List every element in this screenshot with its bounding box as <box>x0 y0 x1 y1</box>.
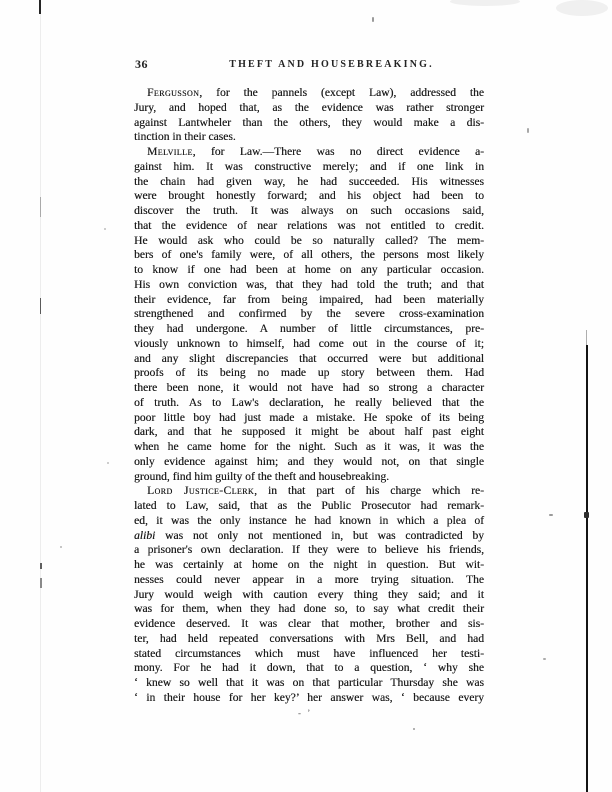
text-line: ground, find him guilty of the theft and… <box>134 470 484 485</box>
scan-speck <box>549 514 553 516</box>
text-line: to know if one had been at home on any p… <box>134 263 484 278</box>
text-line: evidence deserved. It was clear that mot… <box>134 617 484 632</box>
text-line: proofs of its being no made up story bet… <box>134 366 484 381</box>
text-line: dark, and that he supposed it might be a… <box>134 425 484 440</box>
text-line: nesses could never appear in a more tryi… <box>134 573 484 588</box>
text-line: lated to Law, said, that as the Public P… <box>134 499 484 514</box>
text-line: poor little boy had just made a mistake.… <box>134 411 484 426</box>
text-line: only evidence against him; and they woul… <box>134 455 484 470</box>
page-header: 36 THEFT AND HOUSEBREAKING. <box>134 0 484 20</box>
text-line: they had undergone. A number of little c… <box>134 322 484 337</box>
text-line: Lord Justice-Clerk, in that part of his … <box>134 484 484 499</box>
scanned-book-page: 36 THEFT AND HOUSEBREAKING. Fergusson, f… <box>0 0 612 792</box>
scan-smudge <box>556 0 608 16</box>
left-edge-dark-segment <box>40 578 42 588</box>
small-caps-name: Fergusson <box>147 86 199 99</box>
text-line: Jury would weigh with caution every thin… <box>134 588 484 603</box>
text-line: was for them, when they had done so, to … <box>134 602 484 617</box>
text-line: alibi was not only not mentioned in, but… <box>134 529 484 544</box>
left-edge-dark-segment <box>40 563 42 569</box>
scan-speck <box>527 128 529 133</box>
left-edge-dark-segment <box>39 0 41 14</box>
right-page-edge-artifact <box>586 345 588 792</box>
text-line: against Lantwheler than the others, they… <box>134 116 484 131</box>
footer-catch-mark: - ’ <box>298 708 312 718</box>
text-line: of truth. As to Law's declaration, he re… <box>134 396 484 411</box>
text-line: Melville, for Law.—There was no direct e… <box>134 145 484 160</box>
text-line: ter, had held repeated conversations wit… <box>134 632 484 647</box>
text-line: strengthened and confirmed by the severe… <box>134 307 484 322</box>
text-line: Fergusson, for the pannels (except Law),… <box>134 86 484 101</box>
text-line: ed, it was the only instance he had know… <box>134 514 484 529</box>
scan-speck <box>60 546 62 548</box>
running-title: THEFT AND HOUSEBREAKING. <box>134 59 529 70</box>
text-line: ‘ in their house for her key?’ her answe… <box>134 691 484 706</box>
text-line: stated circumstances which must have inf… <box>134 647 484 662</box>
left-edge-dark-segment <box>40 298 41 314</box>
text-line: when he came home for the night. Such as… <box>134 440 484 455</box>
text-line: were brought honestly forward; and his o… <box>134 189 484 204</box>
text-line: a prisoner's own declaration. If they we… <box>134 543 484 558</box>
small-caps-name: Lord Justice-Clerk <box>147 484 254 497</box>
italic-word: alibi <box>134 529 155 542</box>
text-line: he was certainly at home on the night in… <box>134 558 484 573</box>
text-line: Jury, and hoped that, as the evidence wa… <box>134 101 484 116</box>
scan-speck <box>104 228 106 230</box>
scan-speck <box>543 658 546 660</box>
text-line: gainst him. It was constructive merely; … <box>134 160 484 175</box>
scan-speck <box>413 728 415 730</box>
text-line: He would ask who could be so naturally c… <box>134 234 484 249</box>
text-line: their evidence, far from being impaired,… <box>134 293 484 308</box>
text-line: viously unknown to himself, had come out… <box>134 337 484 352</box>
text-line: His own conviction was, that they had to… <box>134 278 484 293</box>
text-line: bers of one's family were, of all others… <box>134 248 484 263</box>
text-line: the chain had given way, he had succeede… <box>134 175 484 190</box>
text-block: Fergusson, for the pannels (except Law),… <box>134 86 484 706</box>
text-line: ‘ knew so well that it was on that parti… <box>134 676 484 691</box>
left-edge-dark-segment <box>40 197 41 217</box>
text-line: there been none, it would not have had s… <box>134 381 484 396</box>
right-edge-ink-blob <box>584 512 589 518</box>
text-line: discover the truth. It was always on suc… <box>134 204 484 219</box>
text-line: and any slight discrepancies that occurr… <box>134 352 484 367</box>
left-page-edge-artifact <box>40 0 41 792</box>
small-caps-name: Melville <box>147 145 193 158</box>
text-line: tinction in their cases. <box>134 130 484 145</box>
text-line: mony. For he had it down, that to a ques… <box>134 661 484 676</box>
scan-speck <box>107 462 109 464</box>
text-line: that the evidence of near relations was … <box>134 219 484 234</box>
right-edge-faint-lead <box>586 330 587 345</box>
